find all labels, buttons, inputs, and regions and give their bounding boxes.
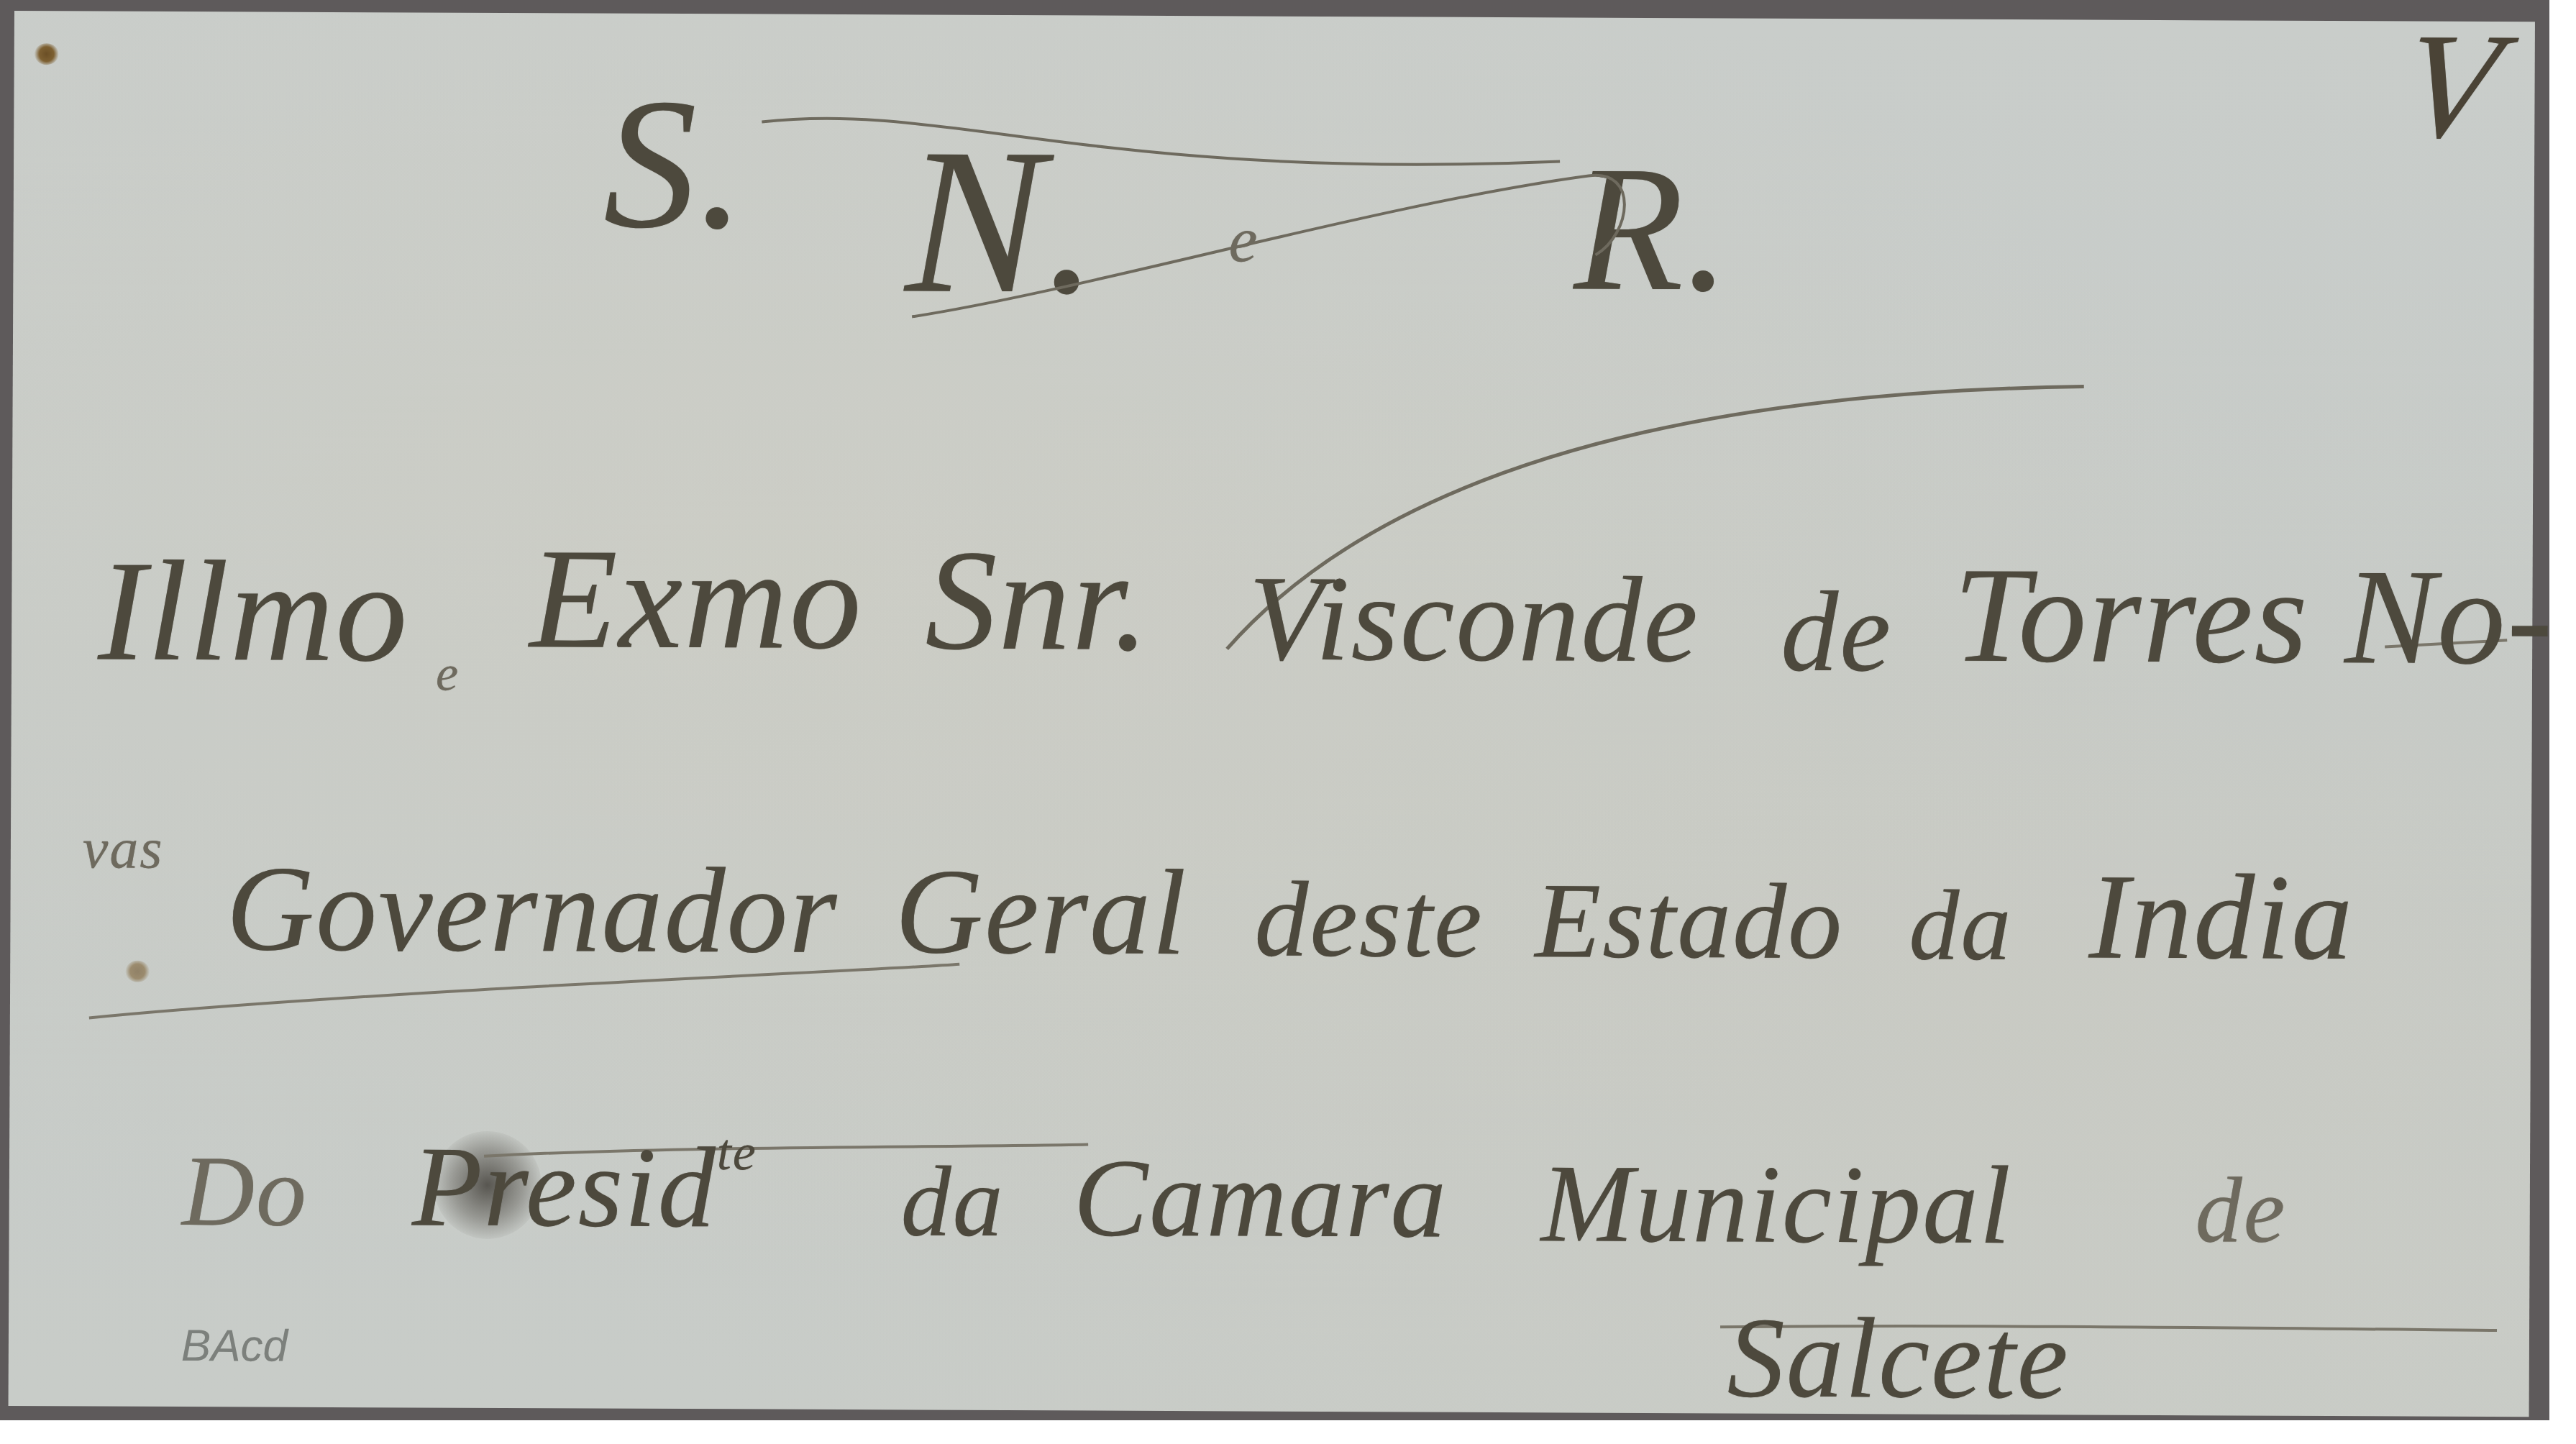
letter-cover-paper: V S. N. e R. Illmo e Exmo Snr. Visconde …: [9, 11, 2535, 1417]
role-superscript: te: [717, 1123, 757, 1181]
role-presid: Presid: [411, 1122, 717, 1251]
honorific-exmo: Exmo: [529, 516, 863, 682]
honorific-illmo: Illmo: [98, 529, 409, 695]
word-da-2: da: [900, 1143, 1005, 1260]
word-deste: deste: [1254, 858, 1484, 982]
office-governador: Governador: [226, 838, 839, 982]
word-da: da: [1909, 868, 2013, 984]
word-estado: Estado: [1535, 859, 1843, 984]
word-de: de: [2195, 1156, 2286, 1265]
name-torres-novas: Torres No-: [1953, 537, 2554, 697]
conjunction-e: e: [436, 646, 460, 703]
continuation-vas: vas: [83, 816, 164, 882]
body-camara: Camara: [1073, 1133, 1448, 1263]
role-presidente: Presidte: [411, 1120, 757, 1254]
place-india: India: [2088, 847, 2355, 989]
title-snr: Snr.: [925, 518, 1151, 684]
particle-de: de: [1781, 565, 1893, 699]
place-salcete: Salcete: [1727, 1291, 2070, 1425]
pencil-annotation: BAcd: [181, 1320, 288, 1372]
office-geral: Geral: [895, 841, 1187, 983]
rank-visconde: Visconde: [1248, 548, 1699, 690]
body-municipal: Municipal: [1540, 1139, 2012, 1270]
word-do: Do: [181, 1133, 308, 1250]
